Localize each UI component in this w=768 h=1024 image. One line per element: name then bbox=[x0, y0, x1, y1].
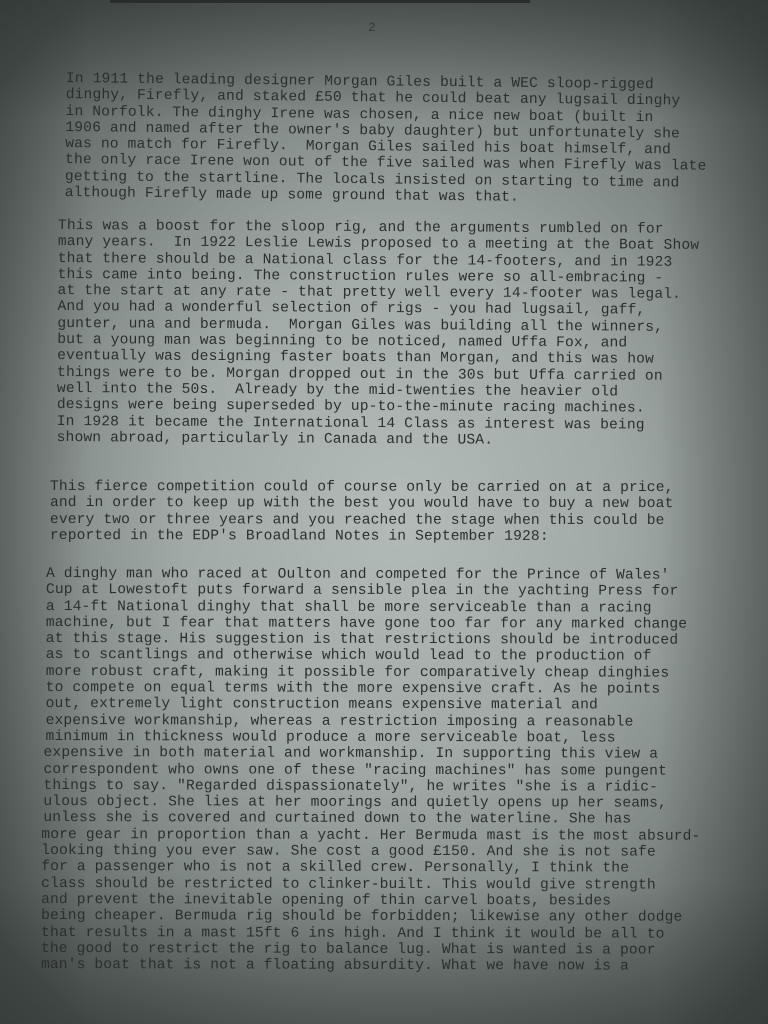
text-line: Cup at Lowestoft puts forward a sensible… bbox=[46, 582, 701, 600]
text-line: looking thing you ever saw. She cost a g… bbox=[41, 843, 700, 861]
text-line: and in order to keep up with the best yo… bbox=[50, 495, 674, 512]
text-line: unless she is covered and curtained down… bbox=[43, 810, 700, 828]
text-line: a 14-ft National dinghy that shall be mo… bbox=[46, 599, 701, 617]
text-line: This fierce competition could of course … bbox=[50, 479, 674, 496]
text-line: and prevent the inevitable opening of th… bbox=[41, 892, 700, 910]
text-line: as to scantlings and otherwise which wou… bbox=[46, 647, 701, 665]
text-line: for a passenger who is not a skilled cre… bbox=[41, 859, 700, 877]
page-number: 2 bbox=[368, 20, 376, 35]
paragraph-firefly-wager: In 1911 the leading designer Morgan Gile… bbox=[65, 71, 708, 208]
text-line: things to say. "Regarded dispassionately… bbox=[43, 778, 700, 796]
paragraph-competition-price: This fierce competition could of course … bbox=[50, 479, 674, 545]
text-line: that results in a mast 15ft 6 ins high. … bbox=[41, 925, 700, 943]
text-line: A dinghy man who raced at Oulton and com… bbox=[46, 566, 701, 584]
text-line: ulous object. She lies at her moorings a… bbox=[43, 794, 700, 812]
text-line: machine, but I fear that matters have go… bbox=[46, 615, 701, 633]
text-line: reported in the EDP's Broadland Notes in… bbox=[50, 528, 674, 545]
text-line: out, extremely light construction means … bbox=[46, 696, 701, 714]
text-line: to compete on equal terms with the more … bbox=[46, 680, 701, 698]
text-line: correspondent who owns one of these "rac… bbox=[43, 762, 700, 780]
text-line: expensive in both material and workmansh… bbox=[43, 745, 700, 763]
text-line: man's boat that is not a floating absurd… bbox=[41, 957, 700, 975]
text-line: class should be restricted to clinker-bu… bbox=[41, 876, 700, 894]
paragraph-broadland-notes-quote: A dinghy man who raced at Oulton and com… bbox=[45, 566, 701, 975]
text-line: minimum in thickness would produce a mor… bbox=[46, 729, 701, 747]
text-line: being cheaper. Bermuda rig should be for… bbox=[41, 908, 700, 926]
text-line: more robust craft, making it possible fo… bbox=[46, 664, 701, 682]
text-line: every two or three years and you reached… bbox=[50, 512, 674, 529]
text-line: the good to restrict the rig to balance … bbox=[41, 941, 700, 959]
page-top-edge bbox=[110, 0, 530, 3]
text-line: at this stage. His suggestion is that re… bbox=[46, 631, 701, 649]
text-line: more gear in proportion than a yacht. He… bbox=[41, 827, 700, 845]
text-line: expensive workmanship, whereas a restric… bbox=[46, 713, 701, 731]
paragraph-national-class: This was a boost for the sloop rig, and … bbox=[57, 218, 700, 450]
